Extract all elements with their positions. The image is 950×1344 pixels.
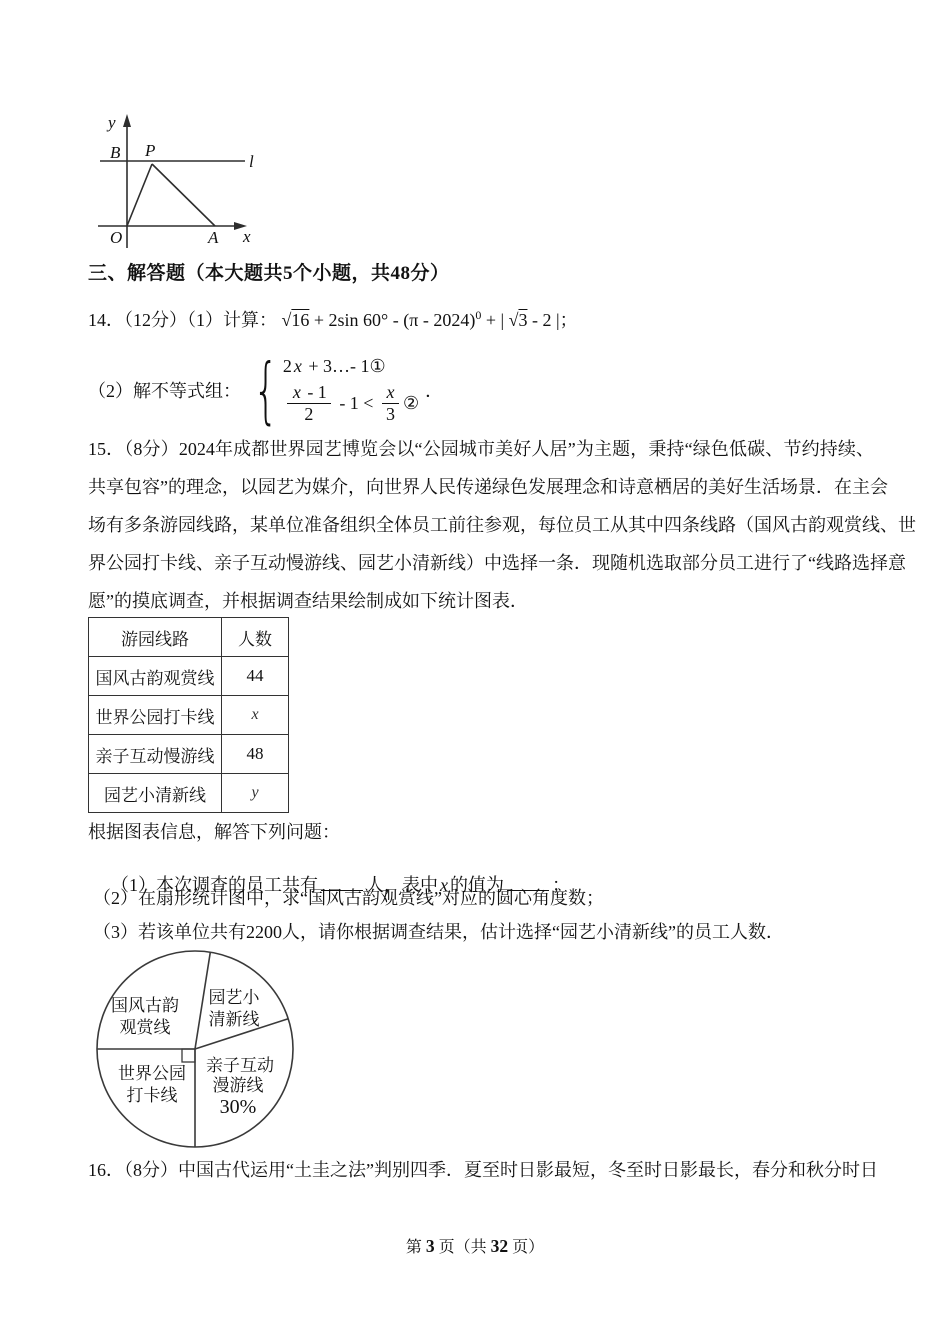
inequality-2: x - 1 2 - 1 < x 3 ②	[283, 382, 419, 424]
footer-page-number: 3	[426, 1236, 435, 1256]
segment-OP	[127, 164, 152, 226]
ineq1-coef: 2	[283, 356, 292, 377]
p15-line-1: 15．（8分）2024年成都世界园艺博览会以“公园城市美好人居”为主题，秉持“绿…	[88, 430, 874, 468]
p15-line-2: 共享包容”的理念，以园艺为媒介，向世界人民传递绿色发展理念和诗意栖居的美好生活场…	[88, 468, 874, 506]
label-B: B	[110, 143, 121, 162]
p15-question-2: （2）在扇形统计图中，求“国风古韵观赏线”对应的圆心角度数；	[93, 884, 604, 910]
footer-middle: 页（共	[435, 1239, 491, 1256]
footer-suffix: 页）	[508, 1239, 544, 1256]
p15-prompt: 根据图表信息，解答下列问题：	[88, 818, 340, 844]
p15-question-3: （3）若该单位共有2200人，请你根据调查结果，估计选择“园艺小清新线”的员工人…	[93, 918, 784, 944]
ineq1-rest: + 3…- 1	[304, 356, 370, 377]
col-header-count: 人数	[222, 618, 289, 657]
calc-middle: + 2sin 60° - (π - 2024)	[309, 310, 475, 330]
label-P: P	[144, 141, 155, 160]
slice-label-qinzi-2: 漫游线	[213, 1076, 264, 1095]
num-var: x	[291, 382, 303, 402]
count-cell: 44	[222, 657, 289, 696]
footer-prefix: 第	[406, 1239, 426, 1256]
problem-15-paragraph: 15．（8分）2024年成都世界园艺博览会以“公园城市美好人居”为主题，秉持“绿…	[88, 430, 874, 620]
radical-sign-2: √	[509, 310, 519, 330]
slice-label-shijie-1: 世界公园	[118, 1064, 186, 1083]
slice-label-qinzi-1: 亲子互动	[206, 1056, 274, 1075]
calc-tail: - 2 |；	[527, 310, 577, 330]
ineq1-var: x	[292, 356, 304, 377]
table-header-row: 游园线路 人数	[89, 618, 289, 657]
page-footer: 第 3 页（共 32 页）	[0, 1234, 950, 1257]
exam-page: y B P l O A x 三、解答题（本大题共5个小题，共48分） 14．（1…	[0, 0, 950, 1344]
fraction2-denominator: 3	[382, 404, 399, 425]
route-cell: 亲子互动慢游线	[89, 735, 222, 774]
table-row: 国风古韵观赏线 44	[89, 657, 289, 696]
fraction-denominator: 2	[287, 404, 331, 425]
label-l: l	[249, 152, 254, 171]
system-brace: {	[253, 354, 278, 426]
p15-line-5: 愿”的摸底调查，并根据调查结果绘制成如下统计图表．	[88, 582, 874, 620]
label-O: O	[110, 228, 122, 247]
route-cell: 世界公园打卡线	[89, 696, 222, 735]
count-cell-y: y	[222, 774, 289, 813]
inequality-1: 2x + 3…- 1①	[283, 356, 419, 377]
col-header-route: 游园线路	[89, 618, 222, 657]
num-rest: - 1	[303, 382, 327, 402]
problem-14-intro: 14．（12分）（1）计算：	[88, 310, 277, 330]
slice-label-yuanyi-2: 清新线	[209, 1010, 260, 1029]
table-row: 亲子互动慢游线 48	[89, 735, 289, 774]
slice-label-guofeng-1: 国风古韵	[111, 996, 179, 1015]
problem-14-calc: 14．（12分）（1）计算： √16 + 2sin 60° - (π - 202…	[88, 300, 578, 335]
route-cell: 园艺小清新线	[89, 774, 222, 813]
section-heading: 三、解答题（本大题共5个小题，共48分）	[88, 258, 450, 285]
system-period: ．	[425, 377, 443, 403]
label-y: y	[106, 113, 116, 132]
fraction2-numerator: x	[382, 382, 399, 404]
p15-line-4: 界公园打卡线、亲子互动慢游线、园艺小清新线）中选择一条．现随机选取部分员工进行了…	[88, 544, 874, 582]
radicand-16: 16	[291, 310, 309, 330]
label-A: A	[207, 228, 219, 247]
radical-sign: √	[282, 310, 292, 330]
footer-total-pages: 32	[491, 1236, 509, 1256]
inequality-system: 2x + 3…- 1① x - 1 2 - 1 < x 3 ②	[283, 356, 419, 424]
pie-chart: 国风古韵 观赏线 园艺小 清新线 亲子互动 漫游线 30% 世界公园 打卡线	[88, 943, 308, 1155]
geometry-figure: y B P l O A x	[88, 106, 273, 254]
count-cell-x: x	[222, 696, 289, 735]
slice-label-shijie-2: 打卡线	[127, 1086, 178, 1105]
table-row: 世界公园打卡线 x	[89, 696, 289, 735]
count-cell: 48	[222, 735, 289, 774]
slice-label-guofeng-2: 观赏线	[120, 1018, 171, 1037]
table-row: 园艺小清新线 y	[89, 774, 289, 813]
route-cell: 国风古韵观赏线	[89, 657, 222, 696]
slice-percent-30: 30%	[220, 1096, 257, 1118]
problem-16-line: 16．（8分）中国古代运用“土圭之法”判别四季．夏至时日影最短，冬至时日影最长，…	[88, 1156, 888, 1182]
segment-PA	[152, 164, 215, 226]
route-count-table: 游园线路 人数 国风古韵观赏线 44 世界公园打卡线 x 亲子互动慢游线 48 …	[88, 617, 289, 813]
p15-line-3: 场有多条游园线路，某单位准备组织全体员工前往参观，每位员工从其中四条线路（国风古…	[88, 506, 874, 544]
problem-14-part2: （2）解不等式组： { 2x + 3…- 1① x - 1 2 - 1 < x …	[88, 348, 443, 432]
y-axis-arrow	[123, 114, 131, 127]
circled-1: ①	[369, 356, 385, 377]
fraction-x-over-3: x 3	[382, 382, 399, 424]
ineq2-middle: - 1 <	[335, 393, 378, 414]
part2-label: （2）解不等式组：	[88, 377, 241, 403]
circled-2: ②	[403, 393, 419, 414]
slice-label-yuanyi-1: 园艺小	[209, 988, 261, 1007]
label-x: x	[242, 227, 251, 246]
calc-abs-open: + |	[481, 310, 508, 330]
right-angle-marker	[182, 1049, 195, 1062]
fraction-x-minus-1-over-2: x - 1 2	[287, 382, 331, 424]
fraction-numerator: x - 1	[287, 382, 331, 404]
